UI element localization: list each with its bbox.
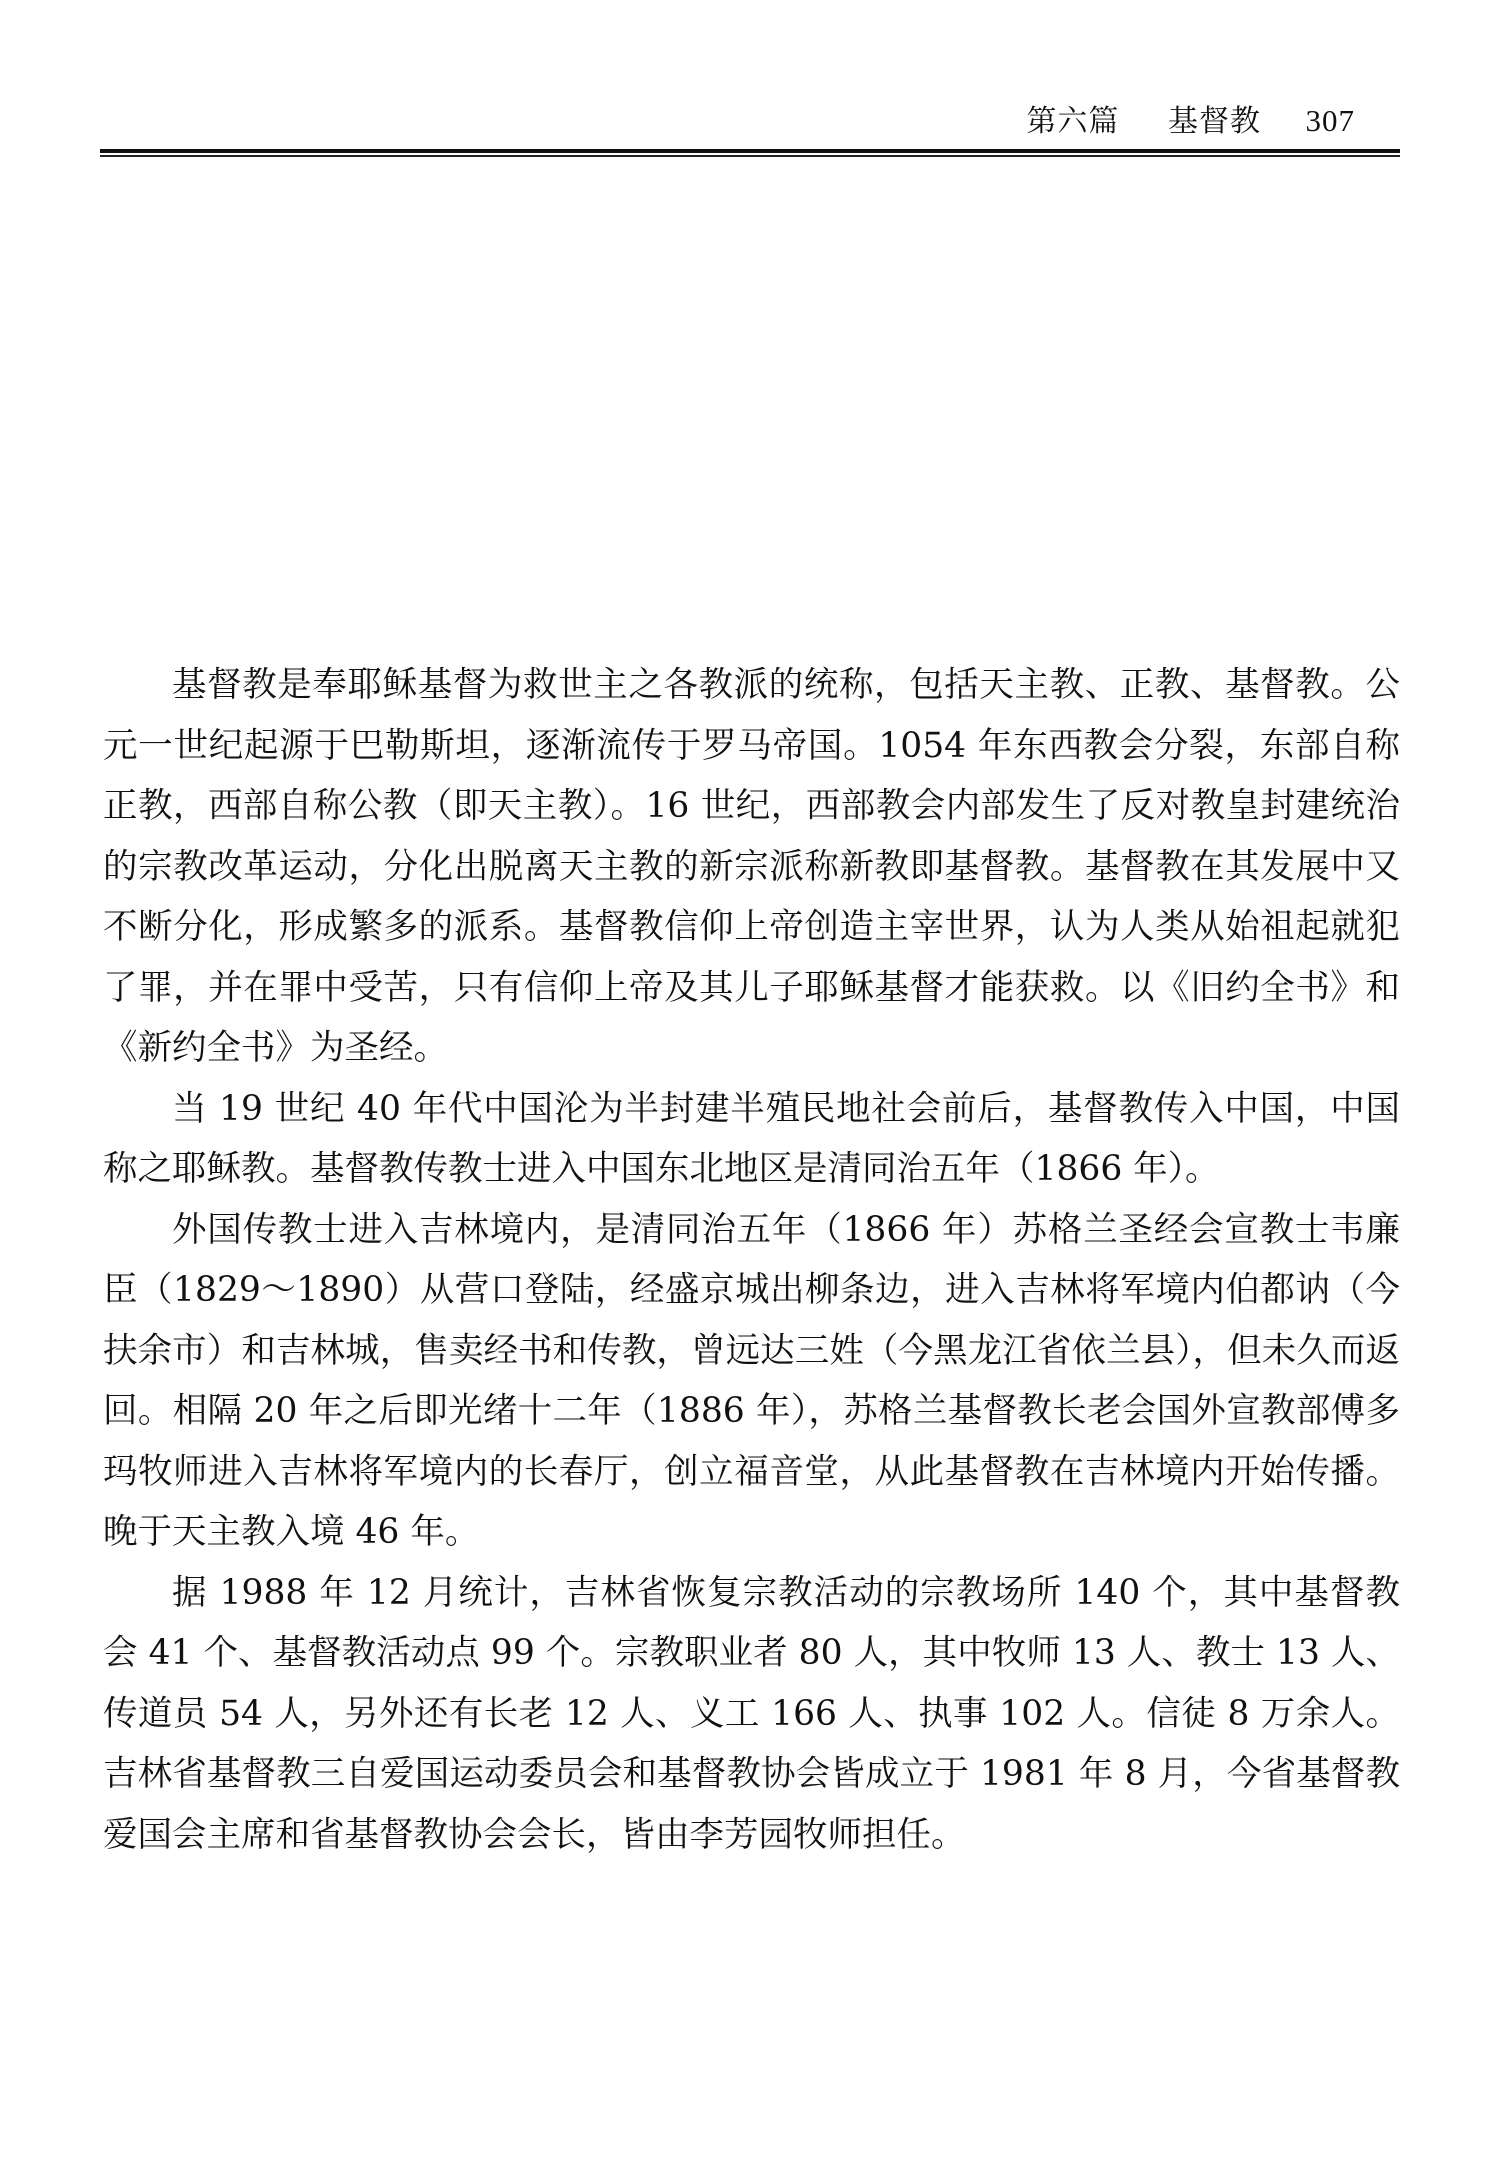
body-text: 基督教是奉耶稣基督为救世主之各教派的统称，包括天主教、正教、基督教。公元一世纪起… xyxy=(103,655,1400,1865)
paragraph-christianity-definition: 基督教是奉耶稣基督为救世主之各教派的统称，包括天主教、正教、基督教。公元一世纪起… xyxy=(103,655,1400,1079)
header-rule-thick xyxy=(100,149,1400,153)
part-title: 第六篇 xyxy=(1026,96,1119,140)
running-header: 第六篇 基督教 307 xyxy=(1026,96,1355,140)
header-rule-thin xyxy=(100,155,1400,157)
paragraph-1988-statistics: 据 1988 年 12 月统计，吉林省恢复宗教活动的宗教场所 140 个，其中基… xyxy=(103,1563,1400,1866)
paragraph-missionaries-in-jilin: 外国传教士进入吉林境内，是清同治五年（1866 年）苏格兰圣经会宣教士韦廉臣（1… xyxy=(103,1200,1400,1563)
page-number: 307 xyxy=(1306,103,1356,139)
paragraph-introduction-to-china: 当 19 世纪 40 年代中国沦为半封建半殖民地社会前后，基督教传入中国，中国称… xyxy=(103,1079,1400,1200)
chapter-title: 基督教 xyxy=(1168,96,1261,140)
